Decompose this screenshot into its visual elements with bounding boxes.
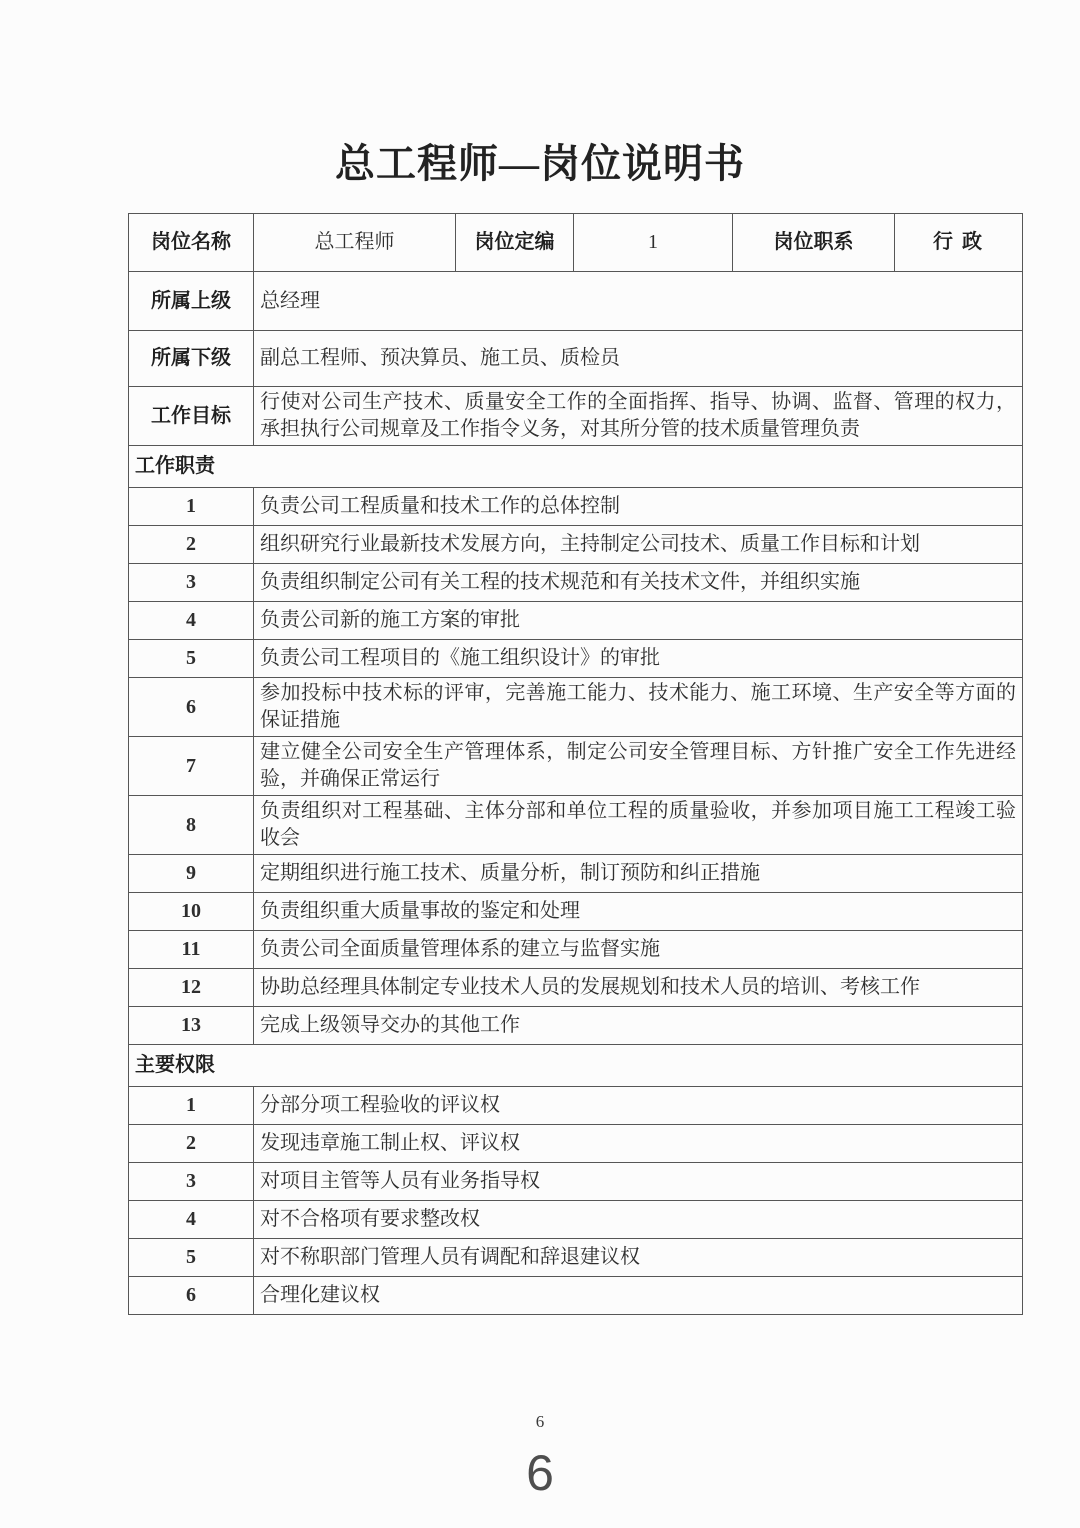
duty-number: 7 [129,737,254,796]
table-row-authority: 6 合理化建议权 [129,1277,1023,1315]
table-row-authority: 5 对不称职部门管理人员有调配和辞退建议权 [129,1239,1023,1277]
job-family-value: 行 政 [895,214,1023,272]
table-row-duty: 8 负责组织对工程基础、主体分部和单位工程的质量验收，并参加项目施工工程竣工验收… [129,796,1023,855]
duty-text: 参加投标中技术标的评审，完善施工能力、技术能力、施工环境、生产安全等方面的保证措… [254,678,1023,737]
table-row-duty: 6 参加投标中技术标的评审，完善施工能力、技术能力、施工环境、生产安全等方面的保… [129,678,1023,737]
authority-text: 分部分项工程验收的评议权 [254,1087,1023,1125]
table-row-authority: 3 对项目主管等人员有业务指导权 [129,1163,1023,1201]
table-row-authority: 1 分部分项工程验收的评议权 [129,1087,1023,1125]
viewer-page-number: 6 [0,1444,1080,1502]
work-goal-value: 行使对公司生产技术、质量安全工作的全面指挥、指导、协调、监督、管理的权力，承担执… [254,387,1023,446]
authority-number: 5 [129,1239,254,1277]
duty-text: 协助总经理具体制定专业技术人员的发展规划和技术人员的培训、考核工作 [254,969,1023,1007]
table-row-superior: 所属上级 总经理 [129,272,1023,331]
duty-number: 12 [129,969,254,1007]
table-row-duty: 1 负责公司工程质量和技术工作的总体控制 [129,488,1023,526]
duty-number: 8 [129,796,254,855]
duties-section-title: 工作职责 [129,446,1023,488]
superior-label: 所属上级 [129,272,254,331]
job-title-label: 岗位名称 [129,214,254,272]
table-row-work-goal: 工作目标 行使对公司生产技术、质量安全工作的全面指挥、指导、协调、监督、管理的权… [129,387,1023,446]
job-title-value: 总工程师 [254,214,456,272]
subordinates-value: 副总工程师、预决算员、施工员、质检员 [254,331,1023,387]
duty-number: 9 [129,855,254,893]
table-row-duty: 4 负责公司新的施工方案的审批 [129,602,1023,640]
table-row-duty: 7 建立健全公司安全生产管理体系，制定公司安全管理目标、方针推广安全工作先进经验… [129,737,1023,796]
document-page-number: 6 [0,1412,1080,1432]
duty-number: 11 [129,931,254,969]
duty-text: 负责公司工程项目的《施工组织设计》的审批 [254,640,1023,678]
table-row-authority: 2 发现违章施工制止权、评议权 [129,1125,1023,1163]
duty-number: 1 [129,488,254,526]
superior-value: 总经理 [254,272,1023,331]
table-row-duty: 13 完成上级领导交办的其他工作 [129,1007,1023,1045]
authority-section-title: 主要权限 [129,1045,1023,1087]
duty-number: 2 [129,526,254,564]
duty-number: 5 [129,640,254,678]
table-row-duty: 3 负责组织制定公司有关工程的技术规范和有关技术文件，并组织实施 [129,564,1023,602]
duty-number: 10 [129,893,254,931]
authority-number: 3 [129,1163,254,1201]
duty-number: 6 [129,678,254,737]
headcount-value: 1 [574,214,733,272]
duty-text: 负责组织对工程基础、主体分部和单位工程的质量验收，并参加项目施工工程竣工验收会 [254,796,1023,855]
authority-text: 合理化建议权 [254,1277,1023,1315]
table-row-duty: 9 定期组织进行施工技术、质量分析，制订预防和纠正措施 [129,855,1023,893]
table-row-header: 岗位名称 总工程师 岗位定编 1 岗位职系 行 政 [129,214,1023,272]
headcount-label: 岗位定编 [456,214,574,272]
subordinates-label: 所属下级 [129,331,254,387]
authority-number: 6 [129,1277,254,1315]
table-row-duty: 5 负责公司工程项目的《施工组织设计》的审批 [129,640,1023,678]
table-row-duty: 2 组织研究行业最新技术发展方向，主持制定公司技术、质量工作目标和计划 [129,526,1023,564]
table-row-duty: 10 负责组织重大质量事故的鉴定和处理 [129,893,1023,931]
table-row-duties-header: 工作职责 [129,446,1023,488]
authority-number: 4 [129,1201,254,1239]
duty-text: 负责组织制定公司有关工程的技术规范和有关技术文件，并组织实施 [254,564,1023,602]
duty-text: 定期组织进行施工技术、质量分析，制订预防和纠正措施 [254,855,1023,893]
table-row-duty: 11 负责公司全面质量管理体系的建立与监督实施 [129,931,1023,969]
duty-number: 13 [129,1007,254,1045]
duty-text: 负责公司新的施工方案的审批 [254,602,1023,640]
duty-text: 负责公司全面质量管理体系的建立与监督实施 [254,931,1023,969]
duty-text: 负责公司工程质量和技术工作的总体控制 [254,488,1023,526]
job-family-label: 岗位职系 [733,214,895,272]
authority-number: 1 [129,1087,254,1125]
duty-text: 组织研究行业最新技术发展方向，主持制定公司技术、质量工作目标和计划 [254,526,1023,564]
document-page: 总工程师—岗位说明书 岗位名称 总工程师 岗位定编 1 岗位职系 行 政 所属上… [0,0,1080,1528]
duty-number: 4 [129,602,254,640]
authority-text: 发现违章施工制止权、评议权 [254,1125,1023,1163]
authority-text: 对项目主管等人员有业务指导权 [254,1163,1023,1201]
authority-text: 对不合格项有要求整改权 [254,1201,1023,1239]
table-row-authority-header: 主要权限 [129,1045,1023,1087]
authority-number: 2 [129,1125,254,1163]
duty-text: 建立健全公司安全生产管理体系，制定公司安全管理目标、方针推广安全工作先进经验，并… [254,737,1023,796]
table-row-authority: 4 对不合格项有要求整改权 [129,1201,1023,1239]
duty-text: 完成上级领导交办的其他工作 [254,1007,1023,1045]
duty-number: 3 [129,564,254,602]
table-row-duty: 12 协助总经理具体制定专业技术人员的发展规划和技术人员的培训、考核工作 [129,969,1023,1007]
job-description-table: 岗位名称 总工程师 岗位定编 1 岗位职系 行 政 所属上级 总经理 所属下级 … [128,213,1023,1315]
table-row-subordinates: 所属下级 副总工程师、预决算员、施工员、质检员 [129,331,1023,387]
duty-text: 负责组织重大质量事故的鉴定和处理 [254,893,1023,931]
work-goal-label: 工作目标 [129,387,254,446]
page-title: 总工程师—岗位说明书 [0,0,1080,189]
authority-text: 对不称职部门管理人员有调配和辞退建议权 [254,1239,1023,1277]
